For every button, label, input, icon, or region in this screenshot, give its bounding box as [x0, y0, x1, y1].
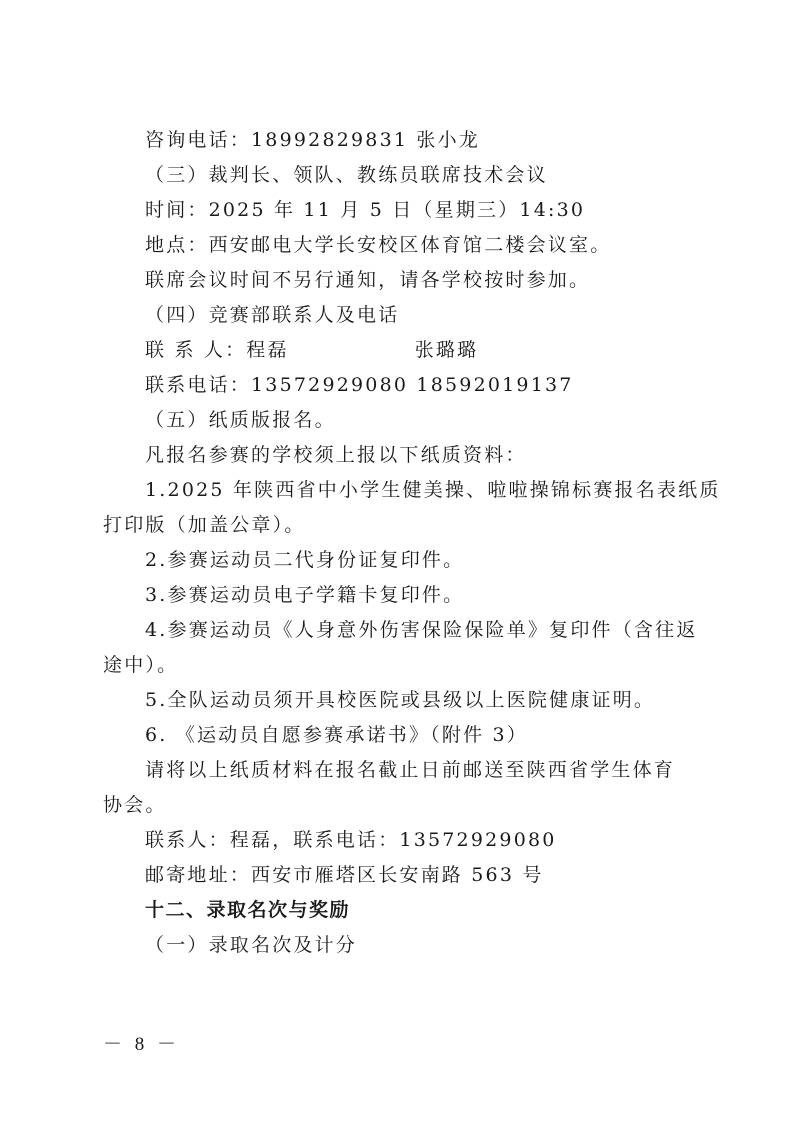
section-heading-technical-meeting: （三）裁判长、领队、教练员联席技术会议 [103, 163, 703, 187]
mailing-contact-line: 联系人：程磊，联系电话：13572929080 [103, 828, 703, 852]
mailing-instruction-line-1: 请将以上纸质材料在报名截止日前邮送至陕西省学生体育 [103, 758, 703, 782]
section-heading-paper-registration: （五）纸质版报名。 [103, 408, 703, 432]
contact-person-1: 程磊 [246, 339, 288, 361]
page-number: － 8 － [103, 1033, 180, 1057]
section-heading-ranking-awards: 十二、录取名次与奖励 [103, 898, 703, 922]
section-heading-contacts: （四）竞赛部联系人及电话 [103, 303, 703, 327]
item-4-line-2: 途中）。 [103, 653, 703, 677]
consult-phone-line: 咨询电话：18992829831 张小龙 [103, 128, 703, 152]
mailing-address-line: 邮寄地址：西安市雁塔区长安南路 563 号 [103, 863, 703, 887]
paper-materials-intro: 凡报名参赛的学校须上报以下纸质资料： [103, 443, 703, 467]
item-5: 5.全队运动员须开具校医院或县级以上医院健康证明。 [103, 688, 703, 712]
item-4-line-1: 4.参赛运动员《人身意外伤害保险保险单》复印件（含往返 [103, 618, 703, 642]
item-2: 2.参赛运动员二代身份证复印件。 [103, 548, 703, 572]
subsection-heading-ranking-scoring: （一）录取名次及计分 [103, 933, 703, 957]
contact-persons-label: 联 系 人： [145, 339, 246, 361]
contact-phones-line: 联系电话：13572929080 18592019137 [103, 373, 703, 397]
meeting-location-line: 地点：西安邮电大学长安校区体育馆二楼会议室。 [103, 233, 703, 257]
item-1-line-1: 1.2025 年陕西省中小学生健美操、啦啦操锦标赛报名表纸质 [103, 478, 703, 502]
contact-persons-line: 联 系 人：程磊张璐璐 [103, 338, 703, 362]
item-6: 6. 《运动员自愿参赛承诺书》（附件 3） [103, 723, 703, 747]
meeting-time-line: 时间：2025 年 11 月 5 日（星期三）14:30 [103, 198, 703, 222]
item-3: 3.参赛运动员电子学籍卡复印件。 [103, 583, 703, 607]
meeting-notice-line: 联席会议时间不另行通知，请各学校按时参加。 [103, 268, 703, 292]
contact-person-2: 张璐璐 [415, 339, 479, 361]
document-page: 咨询电话：18992829831 张小龙 （三）裁判长、领队、教练员联席技术会议… [0, 0, 800, 1131]
item-1-line-2: 打印版（加盖公章）。 [103, 513, 703, 537]
mailing-instruction-line-2: 协会。 [103, 793, 703, 817]
